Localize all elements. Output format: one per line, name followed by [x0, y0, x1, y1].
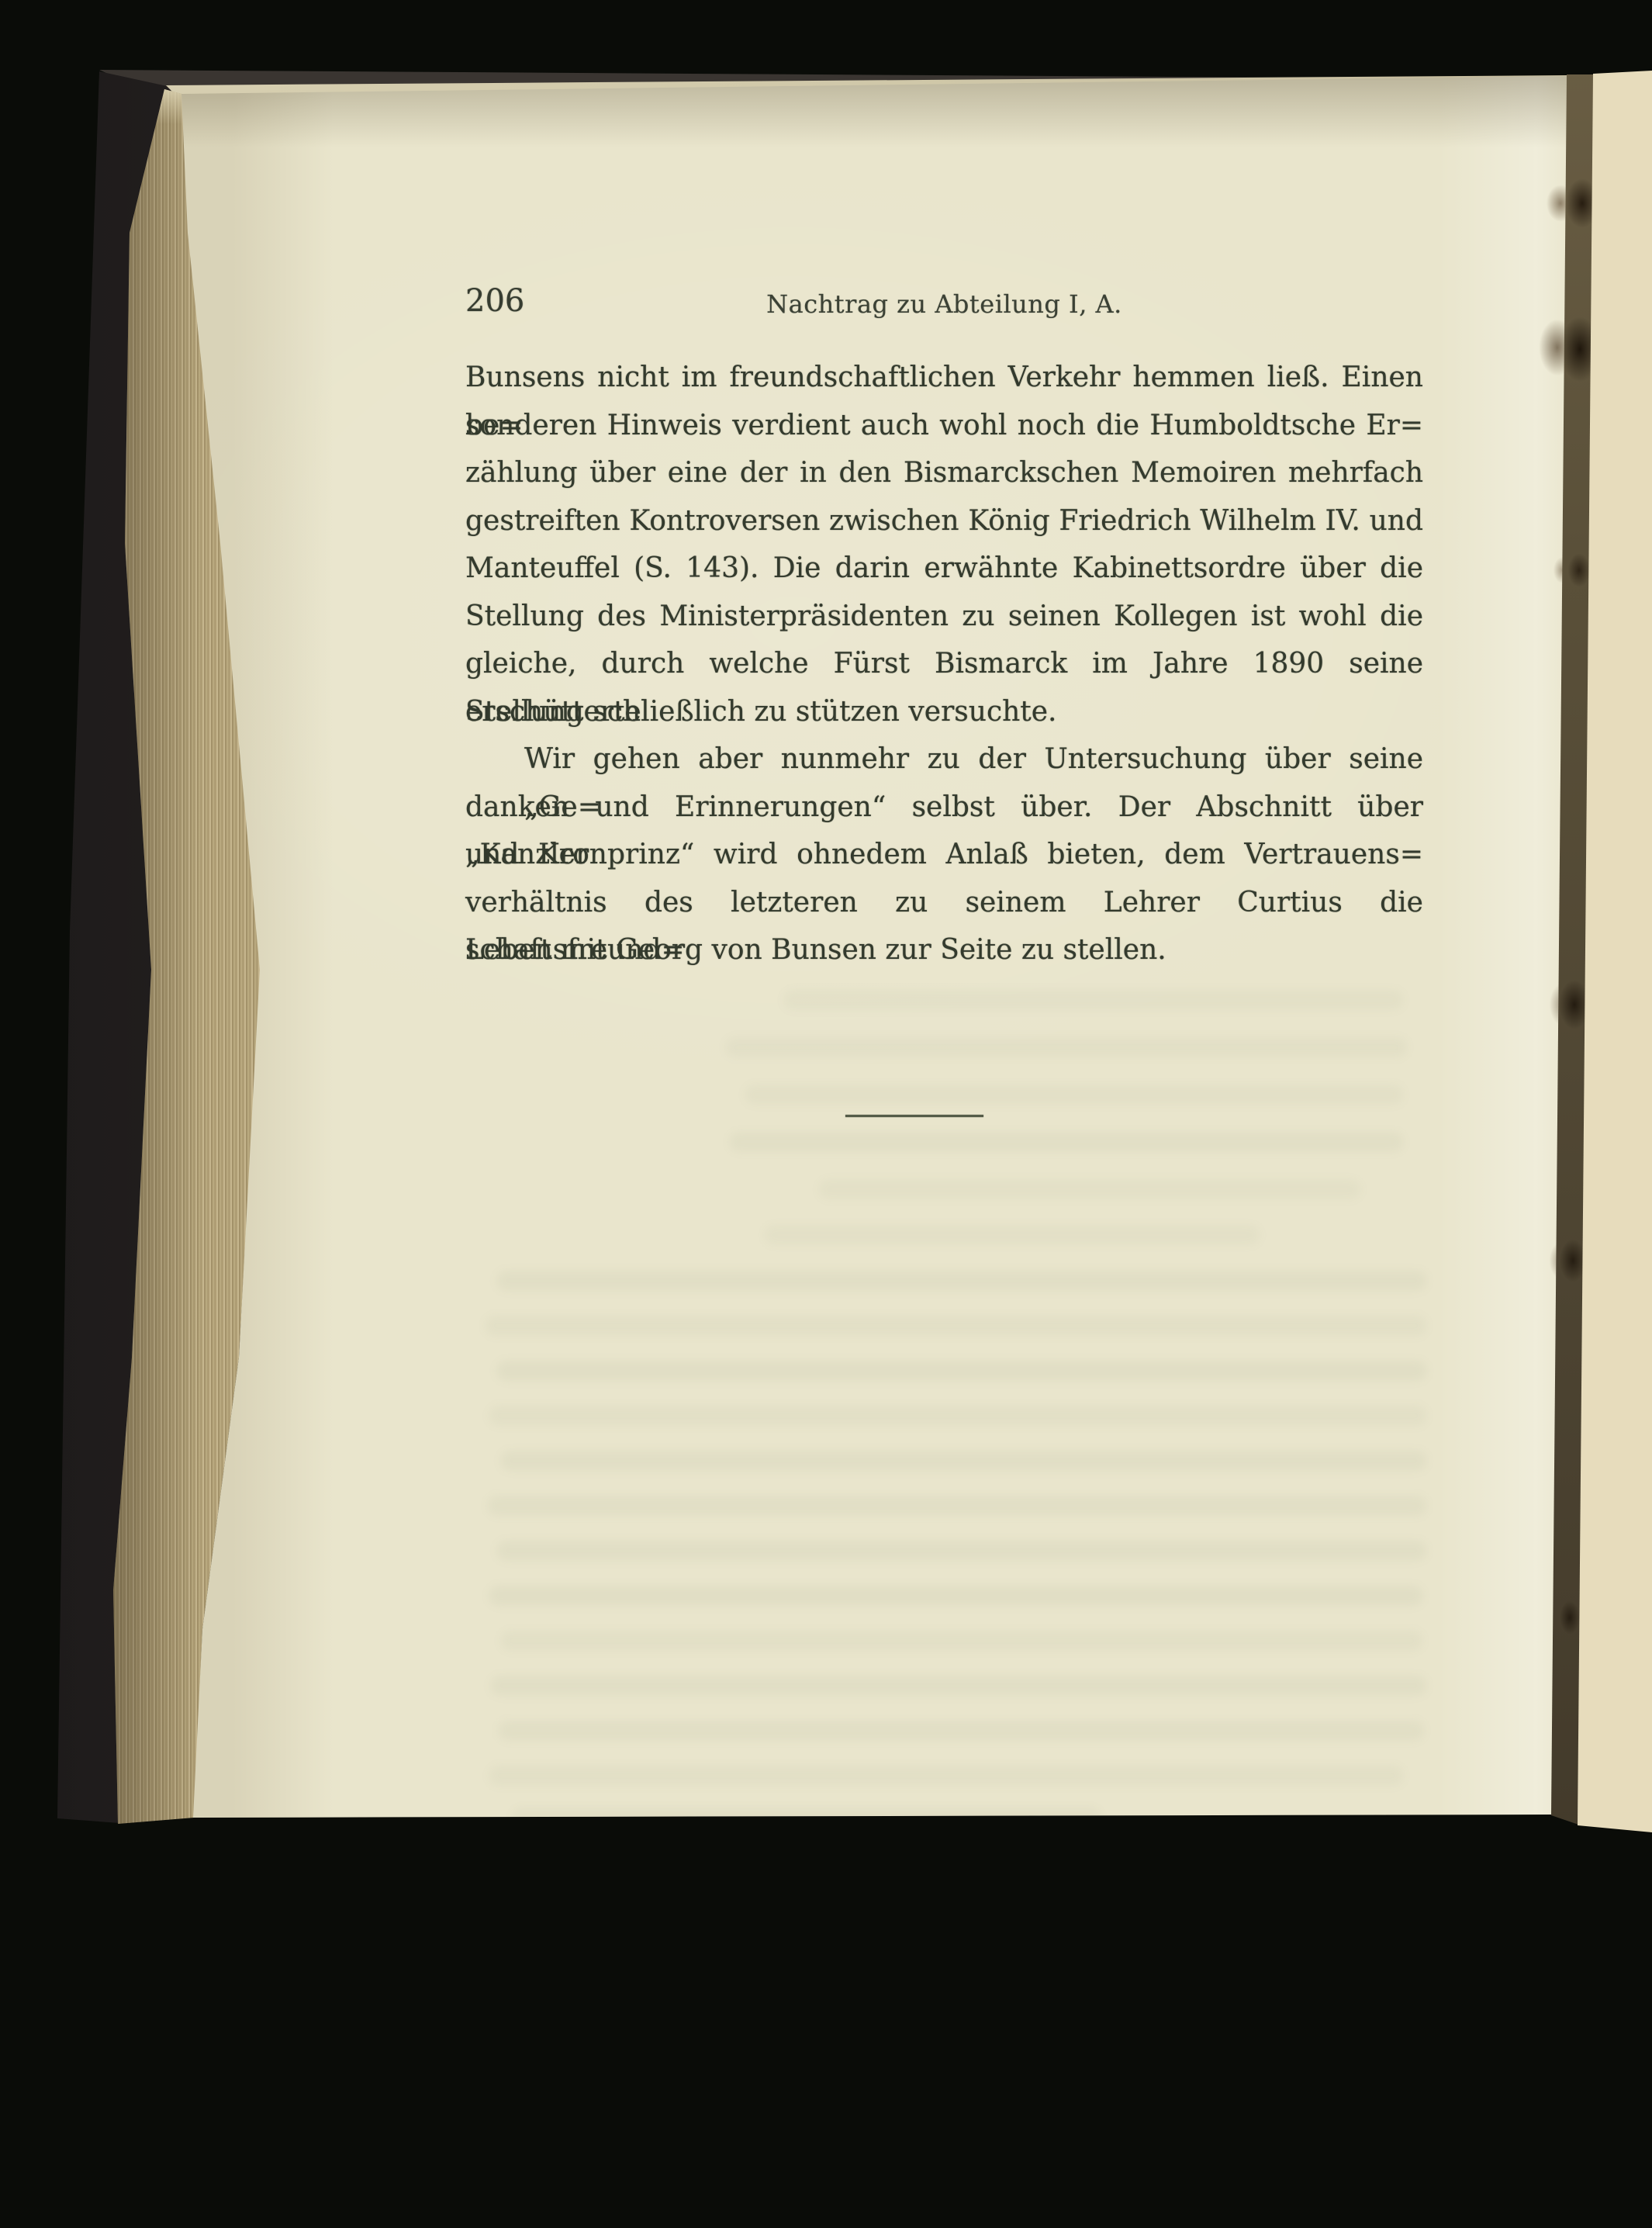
- open-book-photo: 206 Nachtrag zu Abteilung I, A. Bunsens …: [0, 0, 1652, 2228]
- gutter-ink-stains: [0, 0, 1652, 2228]
